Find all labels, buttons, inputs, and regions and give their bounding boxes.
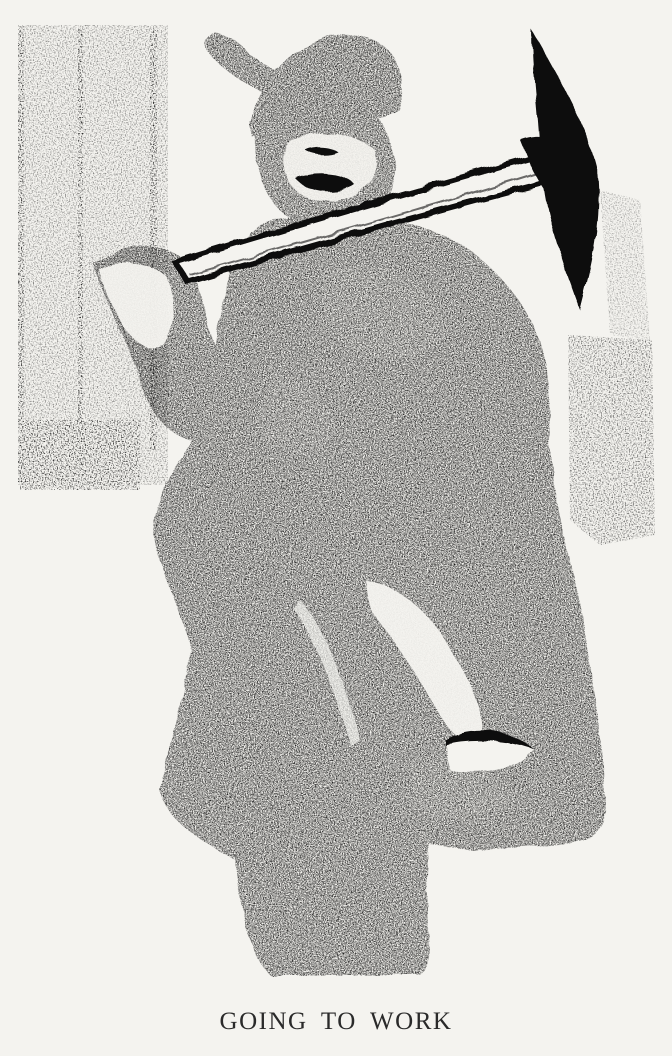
miner-figure <box>95 30 606 975</box>
caption: GOING TO WORK <box>0 1008 672 1036</box>
illustration-going-to-work <box>0 0 672 1000</box>
